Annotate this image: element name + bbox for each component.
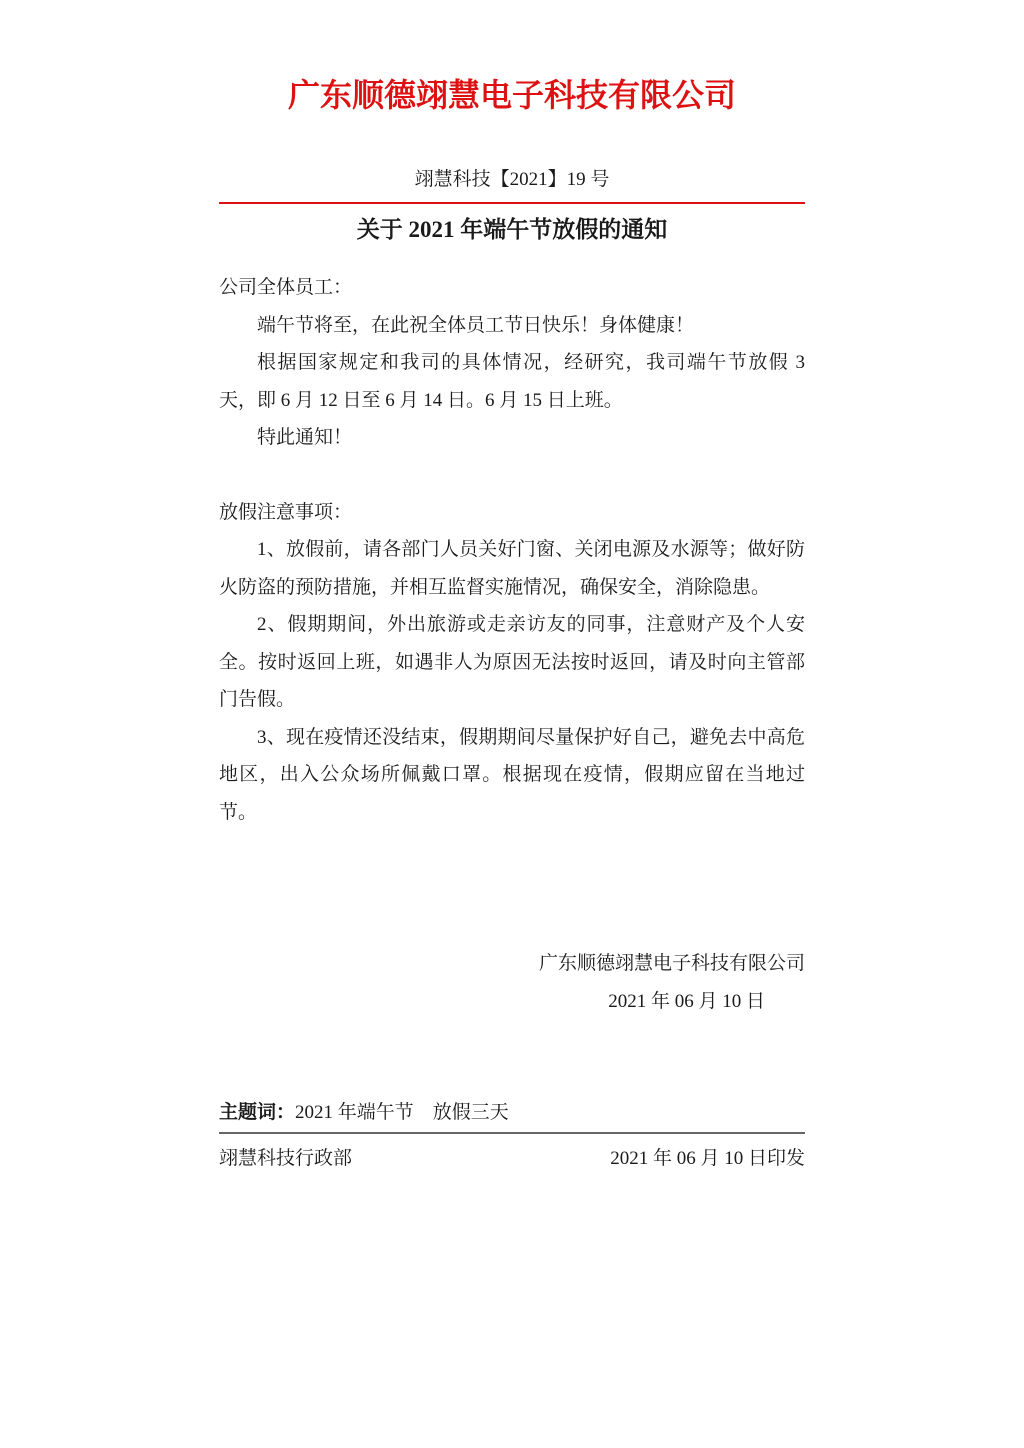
print-date: 2021 年 06 月 10 日印发 (610, 1145, 805, 1173)
holiday-notes-section: 放假注意事项： 1、放假前，请各部门人员关好门窗、关闭电源及水源等；做好防火防盗… (219, 494, 805, 832)
notes-heading: 放假注意事项： (219, 494, 805, 532)
subject-keywords-value: 2021 年端午节 放假三天 (295, 1102, 509, 1123)
footer-row: 翊慧科技行政部 2021 年 06 月 10 日印发 (219, 1145, 805, 1173)
salutation: 公司全体员工： (219, 269, 805, 307)
document-content: 广东顺德翊慧电子科技有限公司 翊慧科技【2021】19 号 关于 2021 年端… (219, 0, 805, 1173)
issuing-department: 翊慧科技行政部 (219, 1145, 352, 1173)
notice-title: 关于 2021 年端午节放假的通知 (219, 213, 805, 246)
signature-date: 2021 年 06 月 10 日 (219, 983, 805, 1021)
body-paragraph: 根据国家规定和我司的具体情况，经研究，我司端午节放假 3 天，即 6 月 12 … (219, 344, 805, 419)
document-page: 广东顺德翊慧电子科技有限公司 翊慧科技【2021】19 号 关于 2021 年端… (0, 0, 1024, 1448)
company-header-title: 广东顺德翊慧电子科技有限公司 (219, 76, 805, 114)
notice-body: 公司全体员工： 端午节将至，在此祝全体员工节日快乐！身体健康！ 根据国家规定和我… (219, 269, 805, 831)
subject-keywords-row: 主题词：2021 年端午节 放假三天 (219, 1098, 805, 1128)
red-header-rule (219, 202, 805, 204)
note-item: 1、放假前，请各部门人员关好门窗、关闭电源及水源等；做好防火防盗的预防措施，并相… (219, 531, 805, 606)
signature-company: 广东顺德翊慧电子科技有限公司 (219, 945, 805, 983)
footer-divider-rule (219, 1132, 805, 1134)
subject-keywords-label: 主题词： (219, 1102, 295, 1123)
note-item: 2、假期期间，外出旅游或走亲访友的同事，注意财产及个人安全。按时返回上班，如遇非… (219, 606, 805, 719)
document-number: 翊慧科技【2021】19 号 (219, 168, 805, 192)
body-paragraph: 特此通知！ (219, 419, 805, 457)
signature-block: 广东顺德翊慧电子科技有限公司 2021 年 06 月 10 日 (219, 945, 805, 1020)
body-paragraph: 端午节将至，在此祝全体员工节日快乐！身体健康！ (219, 307, 805, 345)
note-item: 3、现在疫情还没结束，假期期间尽量保护好自己，避免去中高危地区，出入公众场所佩戴… (219, 719, 805, 832)
